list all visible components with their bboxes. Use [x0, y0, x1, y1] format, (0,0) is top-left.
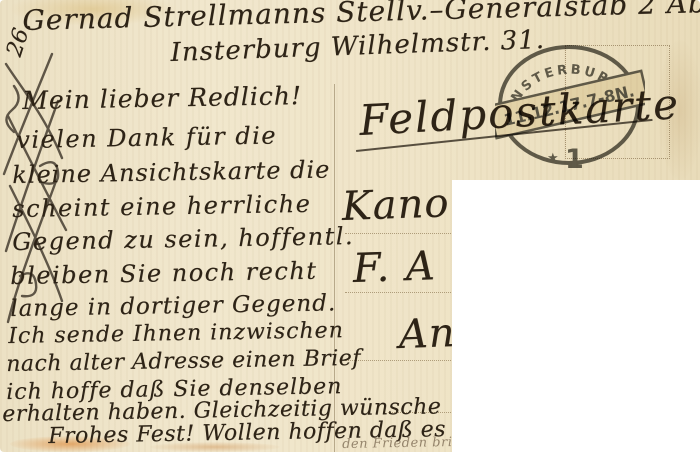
- address-line-3: An: [398, 310, 456, 358]
- message-salutation: Mein lieber Redlich!: [22, 81, 302, 115]
- redaction-overlay: [452, 180, 700, 452]
- message-line: nach alter Adresse einen Brief: [6, 346, 361, 377]
- message-line: kleine Ansichtskarte die: [12, 155, 331, 189]
- message-line: Ich sende Ihnen inzwischen: [8, 318, 344, 349]
- message-line: scheint eine herrliche: [12, 190, 312, 223]
- postmark-office-number: 1: [565, 144, 584, 175]
- message-line: bleiben Sie noch recht: [10, 257, 318, 290]
- postcard-scan: Gernad Strellmanns Stellv.–Generalstab 2…: [0, 0, 700, 452]
- postmark-stamp: INSTERBURG 11.12.17.7-8N. ★ 1: [495, 38, 645, 188]
- postmark-star: ★: [547, 151, 559, 166]
- message-line: Gegend zu sein, hoffentl.: [12, 222, 354, 256]
- message-line: lange in dortiger Gegend.: [10, 290, 336, 322]
- address-line-2: F. A: [352, 243, 437, 292]
- postcard-paper: Gernad Strellmanns Stellv.–Generalstab 2…: [0, 0, 700, 452]
- message-line: vielen Dank für die: [16, 121, 277, 154]
